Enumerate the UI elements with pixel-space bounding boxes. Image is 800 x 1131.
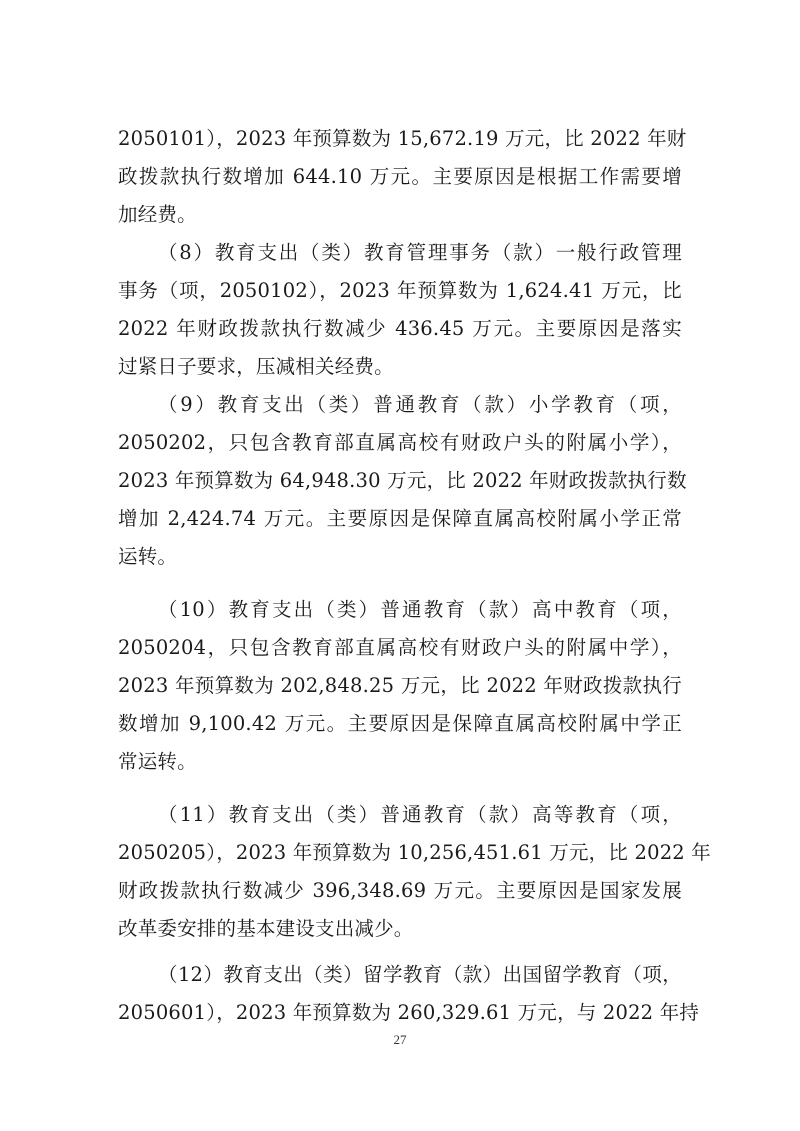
paragraph-heading-11: （11）教育支出（类）普通教育（款）高等教育（项， bbox=[158, 796, 682, 834]
text-line: 2050205），2023 年预算数为 10,256,451.61 万元，比 2… bbox=[118, 834, 682, 872]
text-line: 增加 2,424.74 万元。主要原因是保障直属高校附属小学正常 bbox=[118, 500, 682, 538]
text-line: 2050101），2023 年预算数为 15,672.19 万元，比 2022 … bbox=[118, 120, 682, 158]
paragraph-heading-12: （12）教育支出（类）留学教育（款）出国留学教育（项， bbox=[158, 956, 682, 994]
text-line: 运转。 bbox=[118, 538, 682, 576]
text-line: 过紧日子要求，压减相关经费。 bbox=[118, 348, 682, 386]
text-line: 常运转。 bbox=[118, 743, 682, 781]
text-line: 加经费。 bbox=[118, 196, 682, 234]
document-page: 2050101），2023 年预算数为 15,672.19 万元，比 2022 … bbox=[0, 0, 800, 1131]
text-line: 事务（项，2050102），2023 年预算数为 1,624.41 万元，比 bbox=[118, 272, 682, 310]
paragraph-heading-10: （10）教育支出（类）普通教育（款）高中教育（项， bbox=[158, 591, 682, 629]
text-line: 2050601），2023 年预算数为 260,329.61 万元，与 2022… bbox=[118, 994, 682, 1032]
text-line: 2050204，只包含教育部直属高校有财政户头的附属中学）， bbox=[118, 629, 682, 667]
text-line: 2023 年预算数为 202,848.25 万元，比 2022 年财政拨款执行 bbox=[118, 667, 682, 705]
paragraph-heading-9: （9）教育支出（类）普通教育（款）小学教育（项， bbox=[158, 386, 682, 424]
text-line: 财政拨款执行数减少 396,348.69 万元。主要原因是国家发展 bbox=[118, 872, 682, 910]
page-number: 27 bbox=[0, 1032, 800, 1048]
text-line: 数增加 9,100.42 万元。主要原因是保障直属高校附属中学正 bbox=[118, 705, 682, 743]
text-line: 政拨款执行数增加 644.10 万元。主要原因是根据工作需要增 bbox=[118, 158, 682, 196]
paragraph-heading-8: （8）教育支出（类）教育管理事务（款）一般行政管理 bbox=[158, 234, 682, 272]
text-line: 2023 年预算数为 64,948.30 万元，比 2022 年财政拨款执行数 bbox=[118, 462, 682, 500]
text-line: 改革委安排的基本建设支出减少。 bbox=[118, 910, 682, 948]
text-line: 2050202，只包含教育部直属高校有财政户头的附属小学）， bbox=[118, 424, 682, 462]
text-line: 2022 年财政拨款执行数减少 436.45 万元。主要原因是落实 bbox=[118, 310, 682, 348]
